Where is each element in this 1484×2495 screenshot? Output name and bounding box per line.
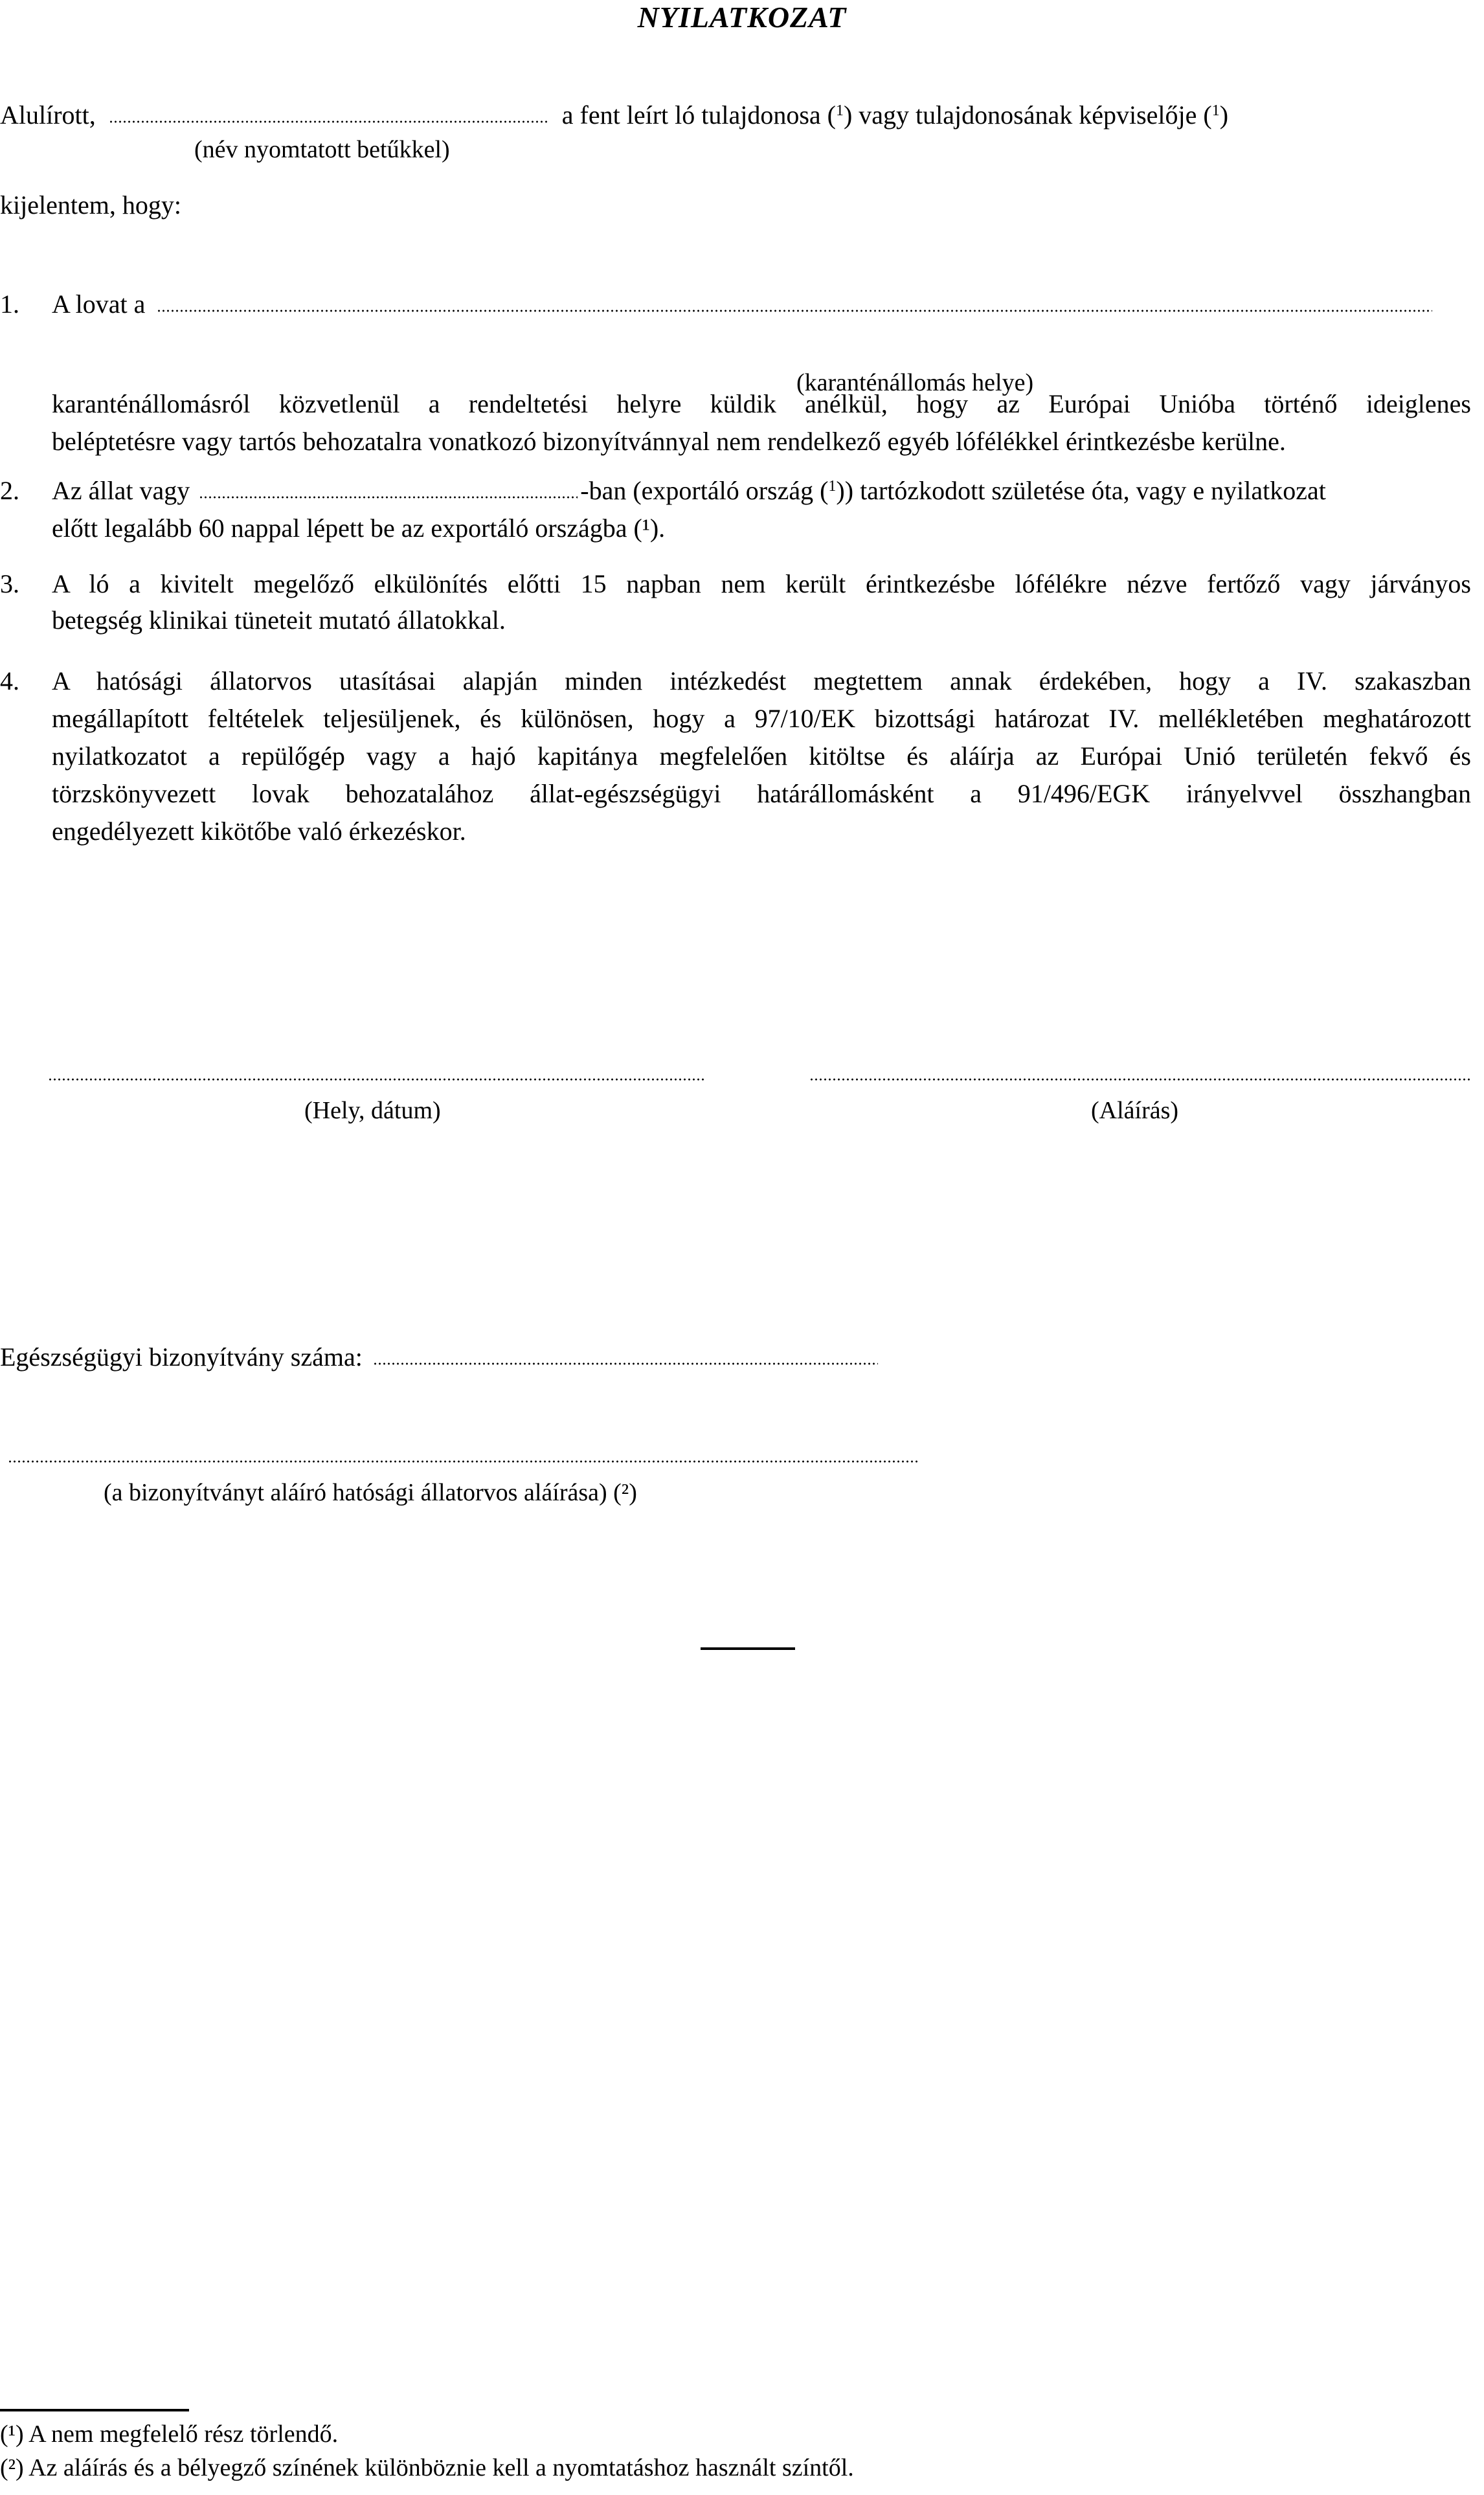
footnote-text: A nem megfelelő rész törlendő. xyxy=(28,2421,338,2448)
item-2-prefix: Az állat vagy xyxy=(52,476,190,505)
name-caption: (név nyomtatott betűkkel) xyxy=(194,135,450,164)
item-4-line: nyilatkozatot a repülőgép vagy a hajó ka… xyxy=(52,741,1471,772)
footnote-ref: 1 xyxy=(1212,102,1220,119)
intro-suffix-2: ) vagy tulajdonosának képviselője ( xyxy=(844,100,1212,130)
item-1-first-line: A lovat a xyxy=(52,289,1432,320)
item-4-line: megállapított feltételek teljesüljenek, … xyxy=(52,703,1471,734)
certificate-number-label: Egészségügyi bizonyítvány száma: xyxy=(0,1342,363,1372)
item-4-line: A hatósági állatorvos utasításai alapján… xyxy=(52,666,1471,697)
footnote-ref: 1 xyxy=(828,478,836,495)
name-field-dotted-line[interactable] xyxy=(109,120,549,124)
item-3-line: A ló a kivitelt megelőző elkülönítés elő… xyxy=(52,569,1471,600)
intro-suffix-1: a fent leírt ló tulajdonosa ( xyxy=(562,100,836,130)
item-2-first-line: Az állat vagy -ban (exportáló ország (1)… xyxy=(52,475,1471,506)
place-date-label: (Hely, dátum) xyxy=(304,1096,441,1125)
footnote-1: (¹) A nem megfelelő rész törlendő. xyxy=(0,2419,338,2449)
footnote-ref: 1 xyxy=(836,102,844,119)
intro-suffix-3: ) xyxy=(1220,100,1228,130)
certificate-number-line: Egészségügyi bizonyítvány száma: xyxy=(0,1342,878,1373)
item-1-line: karanténállomásról közvetlenül a rendelt… xyxy=(52,389,1471,420)
quarantine-place-dotted-line[interactable] xyxy=(157,309,1432,313)
certificate-number-dotted-line[interactable] xyxy=(373,1362,878,1366)
document-title: NYILATKOZAT xyxy=(0,0,1484,34)
item-1-line: beléptetésre vagy tartós behozatalra von… xyxy=(52,426,1286,457)
item-2-line: előtt legalább 60 nappal lépett be az ex… xyxy=(52,513,665,544)
export-country-dotted-line[interactable] xyxy=(199,495,578,499)
footnote-text: Az aláírás és a bélyegző színének különb… xyxy=(28,2454,854,2481)
item-4-line: engedélyezett kikötőbe való érkezéskor. xyxy=(52,816,466,847)
section-separator xyxy=(701,1647,795,1650)
item-2-suffix-2: )) tartózkodott születése óta, vagy e ny… xyxy=(836,476,1325,505)
declaration-lead: kijelentem, hogy: xyxy=(0,190,181,221)
signature-dotted-line[interactable] xyxy=(809,1078,1470,1081)
place-date-dotted-line[interactable] xyxy=(48,1078,705,1081)
intro-line: Alulírott, a fent leírt ló tulajdonosa (… xyxy=(0,100,1228,131)
item-number: 1. xyxy=(0,289,19,320)
footnote-rule xyxy=(0,2409,189,2411)
intro-prefix: Alulírott, xyxy=(0,100,96,130)
item-1-prefix: A lovat a xyxy=(52,289,145,319)
footnote-mark: (²) xyxy=(0,2454,24,2481)
item-number: 3. xyxy=(0,569,19,600)
footnote-2: (²) Az aláírás és a bélyegző színének kü… xyxy=(0,2453,854,2483)
item-2-suffix: -ban (exportáló ország ( xyxy=(580,476,828,505)
signature-label: (Aláírás) xyxy=(1091,1096,1178,1125)
vet-signature-caption: (a bizonyítványt aláíró hatósági állator… xyxy=(104,1478,637,1507)
item-3-line: betegség klinikai tüneteit mutató állato… xyxy=(52,605,506,636)
vet-signature-dotted-line[interactable] xyxy=(8,1460,919,1463)
item-number: 4. xyxy=(0,666,19,697)
footnote-mark: (¹) xyxy=(0,2421,24,2448)
item-number: 2. xyxy=(0,475,19,506)
item-4-line: törzskönyvezett lovak behozatalához álla… xyxy=(52,778,1471,809)
